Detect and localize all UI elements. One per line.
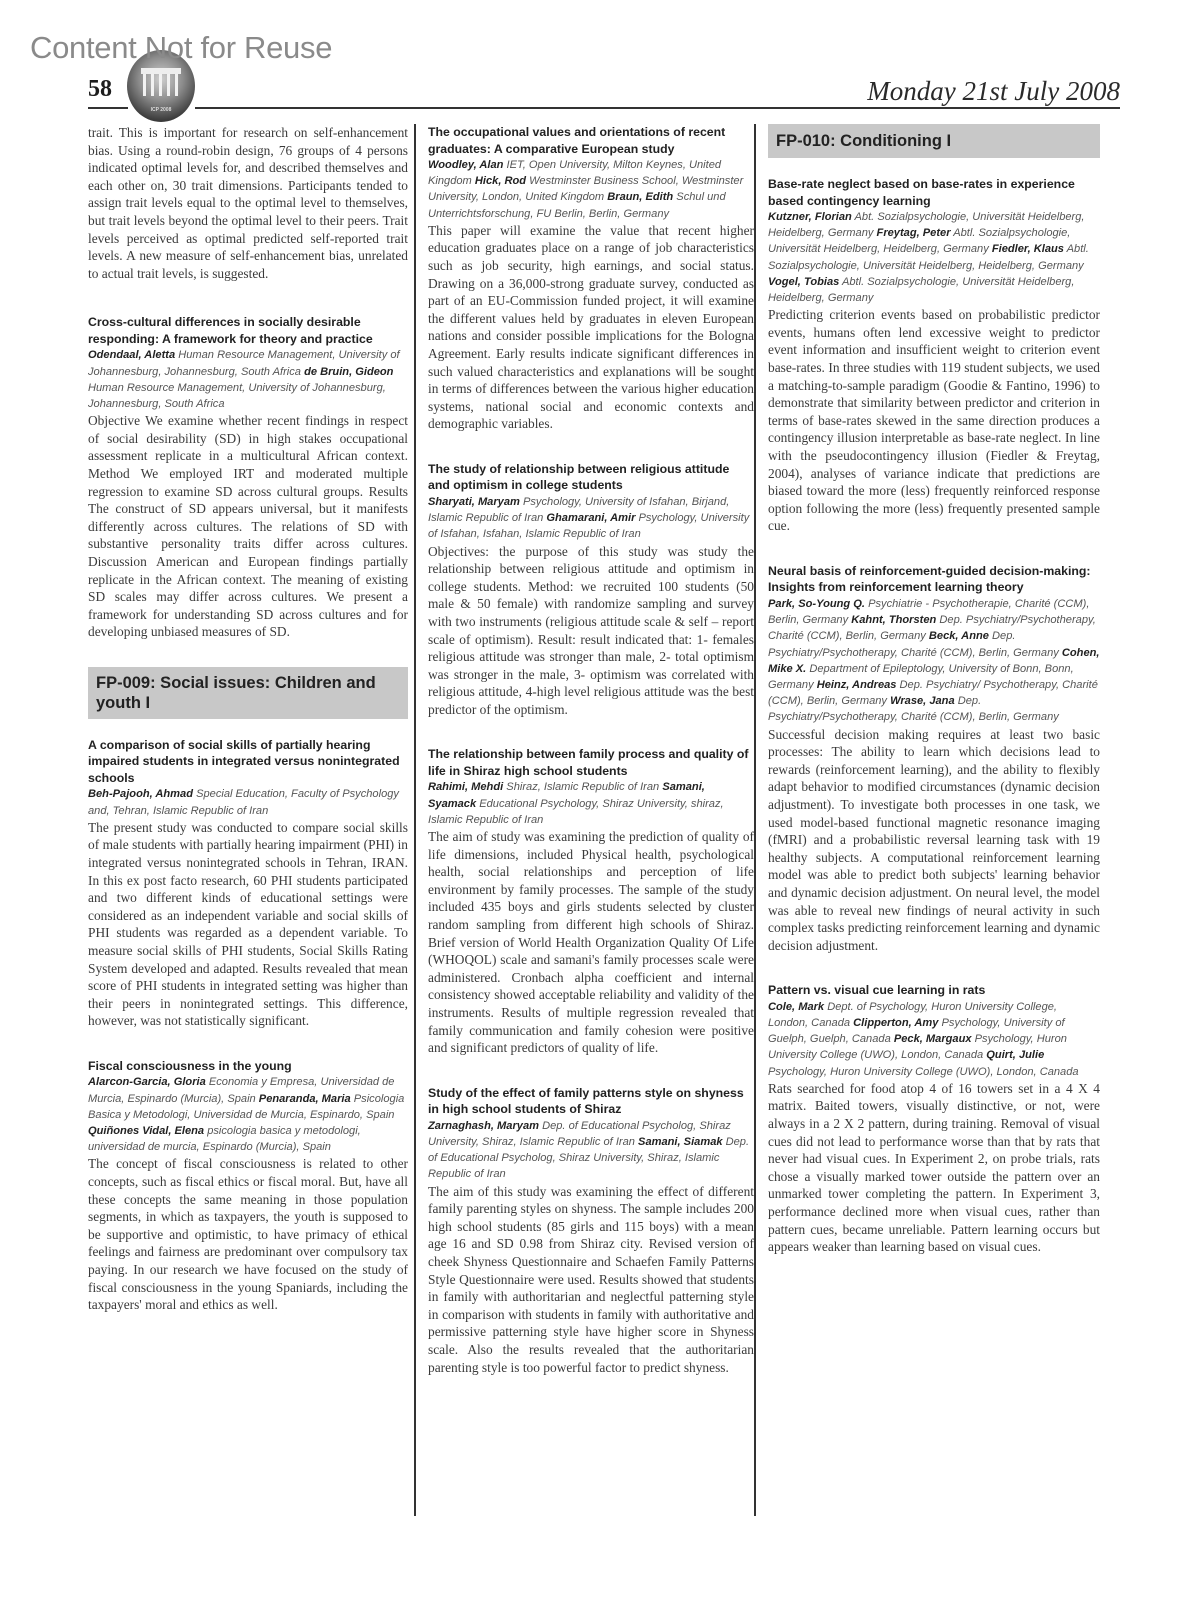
author-name: Freytag, Peter: [877, 227, 951, 239]
abstract-title: Neural basis of reinforcement-guided dec…: [768, 563, 1100, 596]
author-name: Alarcon-Garcia, Gloria: [88, 1076, 206, 1088]
header-rule: [88, 107, 128, 109]
author-name: Fiedler, Klaus: [992, 243, 1064, 255]
column-3: FP-010: Conditioning I Base-rate neglect…: [768, 124, 1100, 1286]
abstract-title: The study of relationship between religi…: [428, 461, 754, 494]
session-heading: FP-010: Conditioning I: [768, 124, 1100, 158]
abstract-title: Base-rate neglect based on base-rates in…: [768, 176, 1100, 209]
author-name: de Bruin, Gideon: [304, 366, 393, 378]
author-name: Ghamarani, Amir: [546, 512, 635, 524]
column-1: trait. This is important for research on…: [88, 124, 408, 1344]
watermark: Content Not for Reuse: [30, 30, 332, 66]
author-name: Sharyati, Maryam: [428, 496, 520, 508]
author-name: Kutzner, Florian: [768, 211, 852, 223]
author-name: Cole, Mark: [768, 1001, 824, 1013]
author-name: Rahimi, Mehdi: [428, 781, 503, 793]
abstract-body: The concept of fiscal consciousness is r…: [88, 1155, 408, 1313]
author-name: Quiñones Vidal, Elena: [88, 1125, 204, 1137]
author-name: Beh-Pajooh, Ahmad: [88, 788, 193, 800]
author-name: Zarnaghash, Maryam: [428, 1120, 539, 1132]
abstract-body: This paper will examine the value that r…: [428, 222, 754, 433]
abstract: Neural basis of reinforcement-guided dec…: [768, 563, 1100, 954]
abstract-title: Pattern vs. visual cue learning in rats: [768, 982, 1100, 999]
abstract: Base-rate neglect based on base-rates in…: [768, 176, 1100, 535]
abstract-body: Predicting criterion events based on pro…: [768, 306, 1100, 535]
author-name: Kahnt, Thorsten: [851, 614, 936, 626]
author-name: Heinz, Andreas: [817, 679, 897, 691]
abstract: The relationship between family process …: [428, 746, 754, 1056]
abstract-body: Successful decision making requires at l…: [768, 726, 1100, 955]
abstract-body: Rats searched for food atop 4 of 16 towe…: [768, 1080, 1100, 1256]
abstract-authors: Beh-Pajooh, Ahmad Special Education, Fac…: [88, 786, 408, 818]
author-name: Clipperton, Amy: [853, 1017, 938, 1029]
brandenburg-gate-icon: [141, 68, 181, 96]
author-name: Hick, Rod: [475, 175, 526, 187]
abstract-title: The occupational values and orientations…: [428, 124, 754, 157]
author-affiliation: Psychology, Huron University College (UW…: [768, 1066, 1079, 1078]
header-rule: [195, 107, 1120, 109]
abstract-body: Objectives: the purpose of this study wa…: [428, 543, 754, 719]
column-divider: [414, 124, 416, 1516]
abstract: A comparison of social skills of partial…: [88, 737, 408, 1030]
abstract-authors: Cole, Mark Dept. of Psychology, Huron Un…: [768, 999, 1100, 1080]
author-name: Quirt, Julie: [986, 1049, 1044, 1061]
abstract-authors: Woodley, Alan IET, Open University, Milt…: [428, 157, 754, 222]
author-affiliation: Human Resource Management, University of…: [88, 382, 386, 410]
abstract-title: A comparison of social skills of partial…: [88, 737, 408, 787]
author-name: Woodley, Alan: [428, 159, 503, 171]
logo-caption: ICP 2008: [127, 107, 195, 113]
page-date: Monday 21st July 2008: [867, 76, 1120, 107]
abstract-title: Fiscal consciousness in the young: [88, 1058, 408, 1075]
column-divider: [754, 124, 756, 1516]
author-affiliation: Shiraz, Islamic Republic of Iran: [506, 781, 659, 793]
author-name: Samani, Siamak: [638, 1136, 722, 1148]
abstract-authors: Kutzner, Florian Abt. Sozialpsychologie,…: [768, 209, 1100, 306]
abstract-authors: Zarnaghash, Maryam Dep. of Educational P…: [428, 1118, 754, 1183]
abstract-title: The relationship between family process …: [428, 746, 754, 779]
abstract-body: The aim of study was examining the predi…: [428, 828, 754, 1057]
author-name: Wrase, Jana: [890, 695, 955, 707]
author-name: Park, So-Young Q.: [768, 598, 865, 610]
abstract-body: Objective We examine whether recent find…: [88, 412, 408, 641]
abstract-authors: Park, So-Young Q. Psychiatrie - Psychoth…: [768, 596, 1100, 726]
abstract-authors: Sharyati, Maryam Psychology, University …: [428, 494, 754, 543]
session-heading: FP-009: Social issues: Children and yout…: [88, 667, 408, 719]
abstract: Pattern vs. visual cue learning in rats …: [768, 982, 1100, 1255]
author-name: Peck, Margaux: [894, 1033, 972, 1045]
abstract-continuation: trait. This is important for research on…: [88, 124, 408, 282]
abstract-authors: Rahimi, Mehdi Shiraz, Islamic Republic o…: [428, 779, 754, 828]
author-name: Braun, Edith: [607, 191, 673, 203]
abstract-title: Study of the effect of family patterns s…: [428, 1085, 754, 1118]
abstract: Cross-cultural differences in socially d…: [88, 314, 408, 641]
abstract: The study of relationship between religi…: [428, 461, 754, 719]
abstract-authors: Alarcon-Garcia, Gloria Economia y Empres…: [88, 1074, 408, 1155]
abstract-authors: Odendaal, Aletta Human Resource Manageme…: [88, 347, 408, 412]
author-name: Penaranda, Maria: [259, 1093, 351, 1105]
column-2: The occupational values and orientations…: [428, 124, 754, 1406]
author-name: Vogel, Tobias: [768, 276, 839, 288]
abstract: Fiscal consciousness in the young Alarco…: [88, 1058, 408, 1314]
author-name: Odendaal, Aletta: [88, 349, 175, 361]
abstract-body: The aim of this study was examining the …: [428, 1183, 754, 1377]
abstract: Study of the effect of family patterns s…: [428, 1085, 754, 1376]
abstract-body: The present study was conducted to compa…: [88, 819, 408, 1030]
abstract: The occupational values and orientations…: [428, 124, 754, 433]
abstract-title: Cross-cultural differences in socially d…: [88, 314, 408, 347]
author-name: Beck, Anne: [929, 630, 989, 642]
page-number: 58: [88, 76, 112, 103]
